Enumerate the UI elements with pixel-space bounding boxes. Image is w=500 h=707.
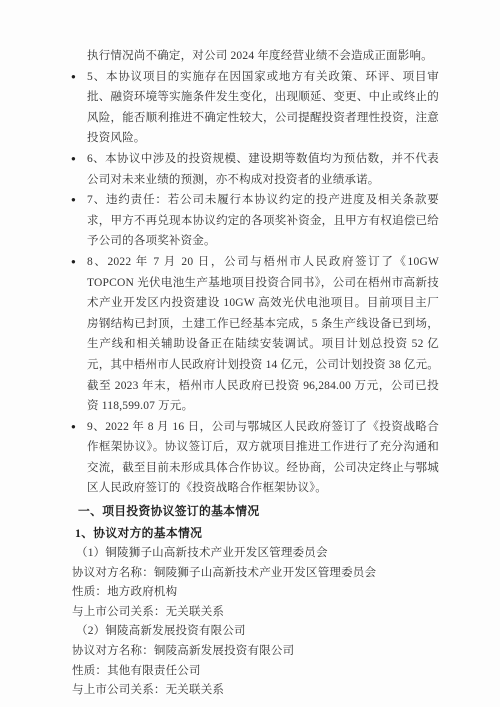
party-2-name-line: 协议对方名称：铜陵高新发展投资有限公司 (71, 642, 439, 662)
bullet-text: 8、2022 年 7 月 20 日，公司与梧州市人民政府签订了《10GW TOP… (87, 252, 439, 417)
party-2-nature-line: 性质：其他有限责任公司 (71, 662, 439, 682)
paragraph-continuation-line: 执行情况尚不确定，对公司 2024 年度经营业绩不会造成正面影响。 (71, 46, 439, 67)
bullet-marker-icon: ● (71, 67, 87, 88)
party-2-index-line: （2）铜陵高新发展投资有限公司 (71, 622, 439, 642)
party-1-relation-line: 与上市公司关系：无关联关系 (71, 603, 439, 623)
document-content: 执行情况尚不确定，对公司 2024 年度经营业绩不会造成正面影响。 ● 5、本协… (71, 46, 439, 701)
bullet-item-6: ● 6、本协议中涉及的投资规模、建设期等数值均为预估数，并不代表公司对未来业绩的… (71, 149, 439, 190)
bullet-text: 5、本协议项目的实施存在因国家或地方有关政策、环评、项目审批、融资环境等实施条件… (87, 67, 439, 149)
party-1-name-line: 协议对方名称：铜陵狮子山高新技术产业开发区管理委员会 (71, 564, 439, 584)
party-2-relation-line: 与上市公司关系：无关联关系 (71, 681, 439, 701)
bullet-text: 7、违约责任：若公司未履行本协议约定的投产进度及相关条款要求，甲方不再兑现本协议… (87, 190, 439, 252)
subsection-heading: 1、协议对方的基本情况 (71, 523, 439, 545)
bullet-marker-icon: ● (71, 417, 87, 438)
bullet-item-7: ● 7、违约责任：若公司未履行本协议约定的投产进度及相关条款要求，甲方不再兑现本… (71, 190, 439, 252)
party-1-nature-line: 性质：地方政府机构 (71, 583, 439, 603)
party-1-index-line: （1）铜陵狮子山高新技术产业开发区管理委员会 (71, 544, 439, 564)
bullet-text: 9、2022 年 8 月 16 日，公司与鄂城区人民政府签订了《投资战略合作框架… (87, 417, 439, 499)
bullet-item-8: ● 8、2022 年 7 月 20 日，公司与梧州市人民政府签订了《10GW T… (71, 252, 439, 417)
parties-section: （1）铜陵狮子山高新技术产业开发区管理委员会 协议对方名称：铜陵狮子山高新技术产… (71, 544, 439, 701)
document-page: 执行情况尚不确定，对公司 2024 年度经营业绩不会造成正面影响。 ● 5、本协… (0, 0, 500, 707)
bullet-item-5: ● 5、本协议项目的实施存在因国家或地方有关政策、环评、项目审批、融资环境等实施… (71, 67, 439, 149)
section-heading: 一、项目投资协议签订的基本情况 (71, 501, 439, 523)
bullet-marker-icon: ● (71, 190, 87, 211)
bullet-item-9: ● 9、2022 年 8 月 16 日，公司与鄂城区人民政府签订了《投资战略合作… (71, 417, 439, 499)
bullet-text: 6、本协议中涉及的投资规模、建设期等数值均为预估数，并不代表公司对未来业绩的预测… (87, 149, 439, 190)
bullet-marker-icon: ● (71, 252, 87, 273)
bullet-marker-icon: ● (71, 149, 87, 170)
